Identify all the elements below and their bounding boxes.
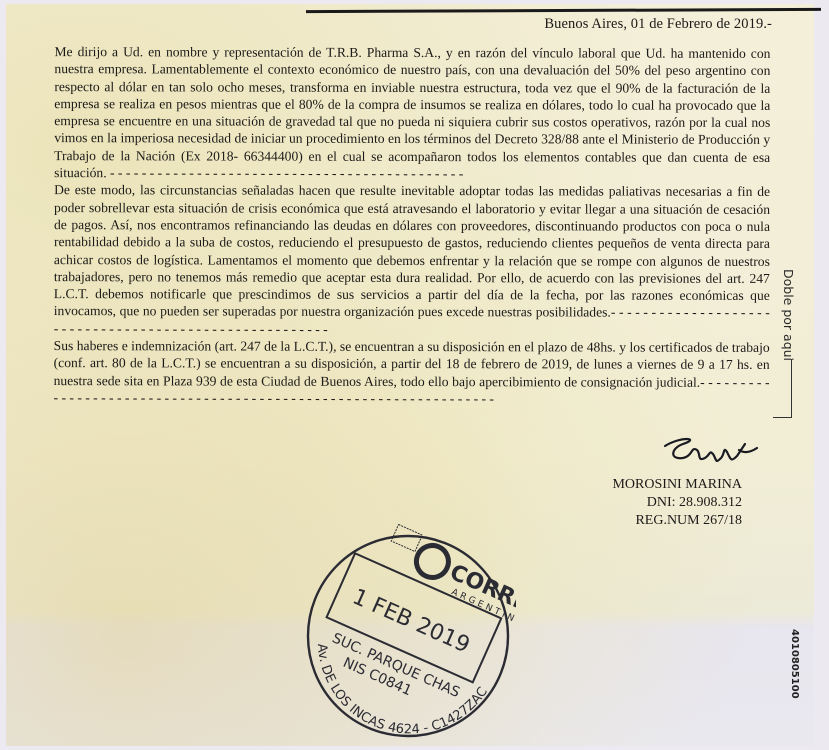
signature-icon xyxy=(661,432,761,472)
fold-bracket xyxy=(773,359,792,418)
place-date: Buenos Aires, 01 de Febrero de 2019.- xyxy=(544,16,772,33)
signer-name: MOROSINI MARINA xyxy=(612,476,742,494)
signer-reg: REG.NUM 267/18 xyxy=(612,512,742,530)
paragraph-3: Sus haberes e indemnización (art. 247 de… xyxy=(54,337,770,408)
postmark-stamp: CORREO ARGENTINO 1 FEB 2019 SUC. PARQUE … xyxy=(296,524,516,744)
paragraph-2: De este modo, las circunstancias señalad… xyxy=(54,181,770,339)
signer-dni: DNI: 28.908.312 xyxy=(612,494,742,512)
top-rule xyxy=(306,8,821,13)
fold-mark-label: Doble por aqui xyxy=(781,269,796,361)
paragraph-1: Me dirijo a Ud. en nombre y representaci… xyxy=(54,43,770,183)
letter-body: Me dirijo a Ud. en nombre y representaci… xyxy=(54,43,771,408)
correo-logo-icon xyxy=(384,525,455,583)
signer-block: MOROSINI MARINA DNI: 28.908.312 REG.NUM … xyxy=(612,476,742,530)
letter-sheet: Buenos Aires, 01 de Febrero de 2019.- Me… xyxy=(6,4,814,746)
serial-number: 4010805100 xyxy=(789,629,800,699)
